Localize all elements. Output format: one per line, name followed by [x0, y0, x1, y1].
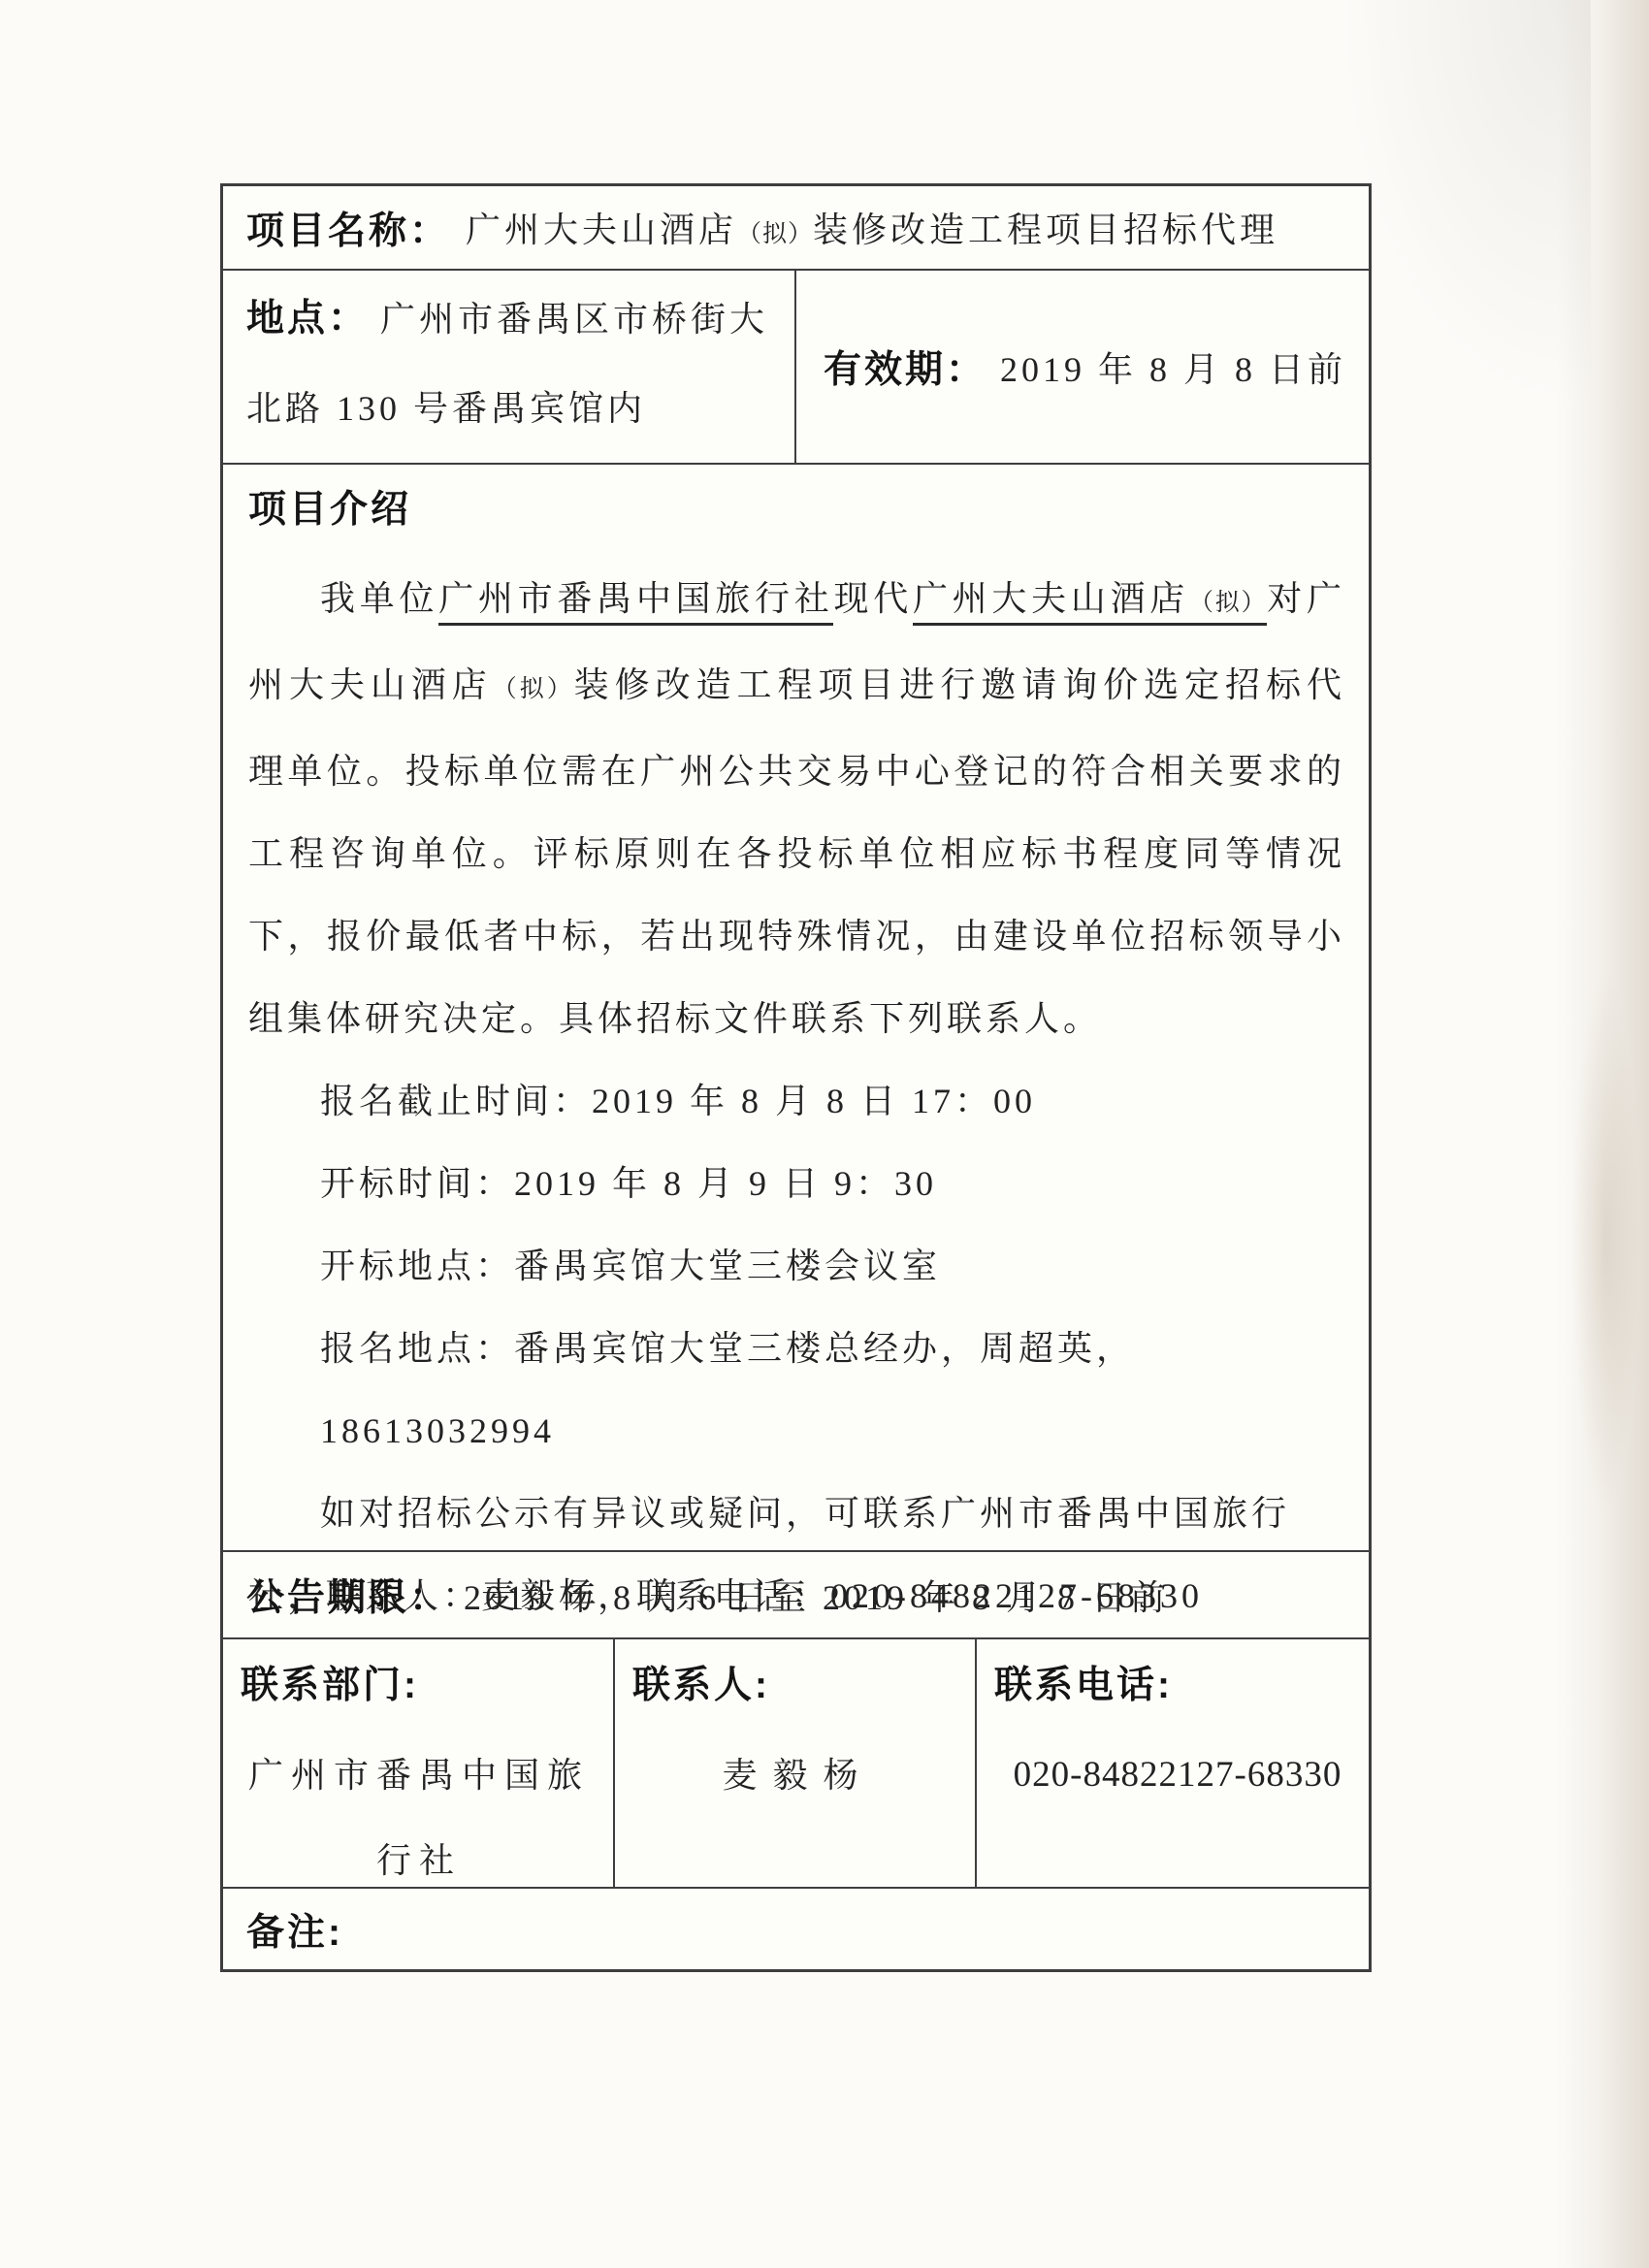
intro-line-7: 报名截止时间：2019 年 8 月 8 日 17：00: [248, 1060, 1345, 1143]
intro-line-9: 开标地点：番禺宾馆大堂三楼会议室: [248, 1225, 1345, 1308]
intro-line-2: 州大夫山酒店（拟）装修改造工程项目进行邀请询价选定招标代: [248, 644, 1345, 730]
text-segment: 广州市番禺中国旅行社: [438, 579, 833, 618]
project-name-label: 项目名称：: [246, 201, 450, 255]
contact-phone-value: 020-84822127-68330: [994, 1733, 1369, 1818]
cell-validity: 有效期： 2019 年 8 月 8 日前: [796, 271, 1369, 463]
intro-line-11: 如对招标公示有异议或疑问，可联系广州市番禺中国旅行: [248, 1473, 1345, 1555]
text-segment: 州大夫山酒店: [248, 665, 493, 704]
text-segment-small: （拟）: [493, 676, 574, 702]
cell-location: 地点：广州市番禺区市桥街大 北路 130 号番禺宾馆内: [223, 271, 796, 463]
text-segment: 装修改造工程项目招标代理: [813, 211, 1278, 249]
text-segment: 广州市番禺区市桥街大: [380, 300, 768, 339]
validity-label: 有效期：: [824, 340, 986, 394]
intro-line-5: 下，报价最低者中标，若出现特殊情况，由建设单位招标领导小: [248, 895, 1345, 978]
validity-value: 2019 年 8 月 8 日前: [1000, 342, 1346, 392]
text-segment: 对广: [1267, 579, 1345, 618]
tender-notice-table: 项目名称： 广州大夫山酒店（拟）装修改造工程项目招标代理 地点：广州市番禺区市桥…: [220, 183, 1372, 1972]
underlined-segment: 广州市番禺中国旅行社: [438, 579, 833, 626]
row-project-name: 项目名称： 广州大夫山酒店（拟）装修改造工程项目招标代理: [223, 186, 1369, 269]
text-segment: 广州大夫山酒店: [466, 211, 737, 249]
contact-person-value: 麦毅杨: [632, 1733, 975, 1818]
intro-line-6: 组集体研究决定。具体招标文件联系下列联系人。: [248, 978, 1345, 1060]
text-segment: 我单位: [320, 579, 438, 618]
contact-dept-label: 联系部门:: [241, 1655, 613, 1709]
scan-smudge-right: [1571, 970, 1639, 1513]
intro-line-1: 我单位广州市番禺中国旅行社现代广州大夫山酒店（拟）对广: [248, 558, 1345, 644]
intro-line-10: 报名地点：番禺宾馆大堂三楼总经办，周超英，18613032994: [248, 1308, 1345, 1473]
text-segment-small: （拟）: [1189, 590, 1267, 616]
cell-contact-person: 联系人: 麦毅杨: [615, 1639, 977, 1887]
location-label: 地点：: [246, 298, 369, 340]
text-segment: 现代: [833, 579, 912, 618]
intro-line-4: 工程咨询单位。评标原则在各投标单位相应标书程度同等情况: [248, 813, 1345, 895]
row-project-intro: 项目介绍 我单位广州市番禺中国旅行社现代广州大夫山酒店（拟）对广 州大夫山酒店（…: [223, 463, 1369, 1550]
intro-line-3: 理单位。投标单位需在广州公共交易中心登记的符合相关要求的: [248, 730, 1345, 813]
notice-period-value: 2019 年 8 月 6 日至 2019 年 8 月 8 日前: [464, 1571, 1169, 1620]
text-segment: 广州大夫山酒店: [913, 579, 1189, 618]
underlined-segment: 广州大夫山酒店（拟）: [913, 579, 1267, 626]
scan-shadow-right: [1557, 0, 1649, 2268]
text-segment: 装修改造工程项目进行邀请询价选定招标代: [574, 665, 1345, 704]
cell-contact-dept: 联系部门: 广州市番禺中国旅 行社: [223, 1639, 615, 1887]
contact-dept-value: 广州市番禺中国旅 行社: [241, 1733, 613, 1903]
row-contacts: 联系部门: 广州市番禺中国旅 行社 联系人: 麦毅杨 联系电话: 020-848…: [223, 1637, 1369, 1887]
location-line-2: 北路 130 号番禺宾馆内: [246, 364, 794, 453]
scanned-document-page: 项目名称： 广州大夫山酒店（拟）装修改造工程项目招标代理 地点：广州市番禺区市桥…: [0, 0, 1649, 2268]
notice-period-label: 公告期限：: [246, 1568, 450, 1622]
row-location-validity: 地点：广州市番禺区市桥街大 北路 130 号番禺宾馆内 有效期： 2019 年 …: [223, 269, 1369, 463]
contact-person-label: 联系人:: [632, 1655, 975, 1709]
contact-dept-line-2: 行社: [241, 1818, 598, 1903]
intro-line-8: 开标时间：2019 年 8 月 9 日 9：30: [248, 1143, 1345, 1225]
contact-dept-line-1: 广州市番禺中国旅: [241, 1733, 598, 1818]
intro-label: 项目介绍: [248, 486, 1345, 535]
project-name-value: 广州大夫山酒店（拟）装修改造工程项目招标代理: [466, 203, 1278, 252]
cell-contact-phone: 联系电话: 020-84822127-68330: [977, 1639, 1369, 1887]
remarks-label: 备注:: [246, 1902, 343, 1957]
location-line-1: 地点：广州市番禺区市桥街大: [246, 275, 794, 364]
scan-shadow-top-right: [1339, 0, 1591, 407]
contact-phone-label: 联系电话:: [994, 1655, 1369, 1709]
text-segment-small: （拟）: [737, 221, 813, 247]
